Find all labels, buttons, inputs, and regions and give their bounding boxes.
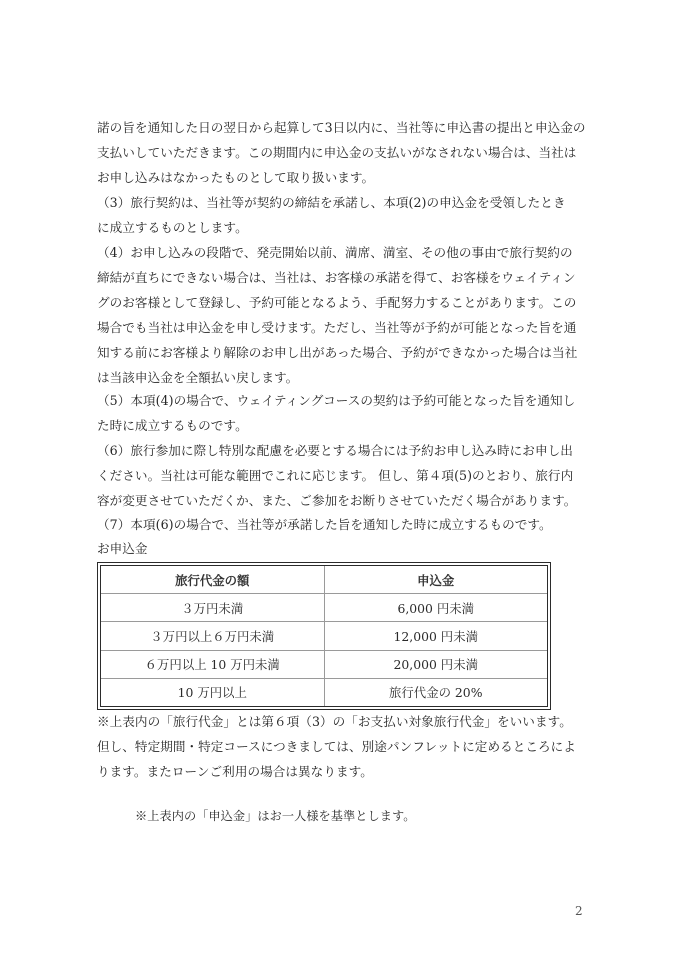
- document-page: 諾の旨を通知した日の翌日から起算して3日以内に、当社等に申込書の提出と申込金の …: [0, 0, 680, 962]
- paragraph-2-cont-line-1: 諾の旨を通知した日の翌日から起算して3日以内に、当社等に申込書の提出と申込金の: [97, 120, 586, 136]
- cell-application-fee: 6,000 円未満: [324, 594, 547, 622]
- paragraph-2-cont-line-2: 支払いしていただきます。この期間内に申込金の支払いがなされない場合は、当社は: [97, 145, 576, 161]
- table-row: ６万円以上 10 万円未満 20,000 円未満: [101, 650, 547, 678]
- table-caption: お申込金: [97, 541, 148, 557]
- note-line-1: ※上表内の「旅行代金」とは第６項（3）の「お支払い対象旅行代金」をいいます。: [97, 714, 572, 730]
- application-fee-table: 旅行代金の額 申込金 ３万円未満 6,000 円未満 ３万円以上６万円未満 12…: [97, 562, 551, 710]
- table-row: ３万円未満 6,000 円未満: [101, 594, 547, 622]
- clause-4-line-2: 締結が直ちにできない場合は、当社は、お客様の承諾を得て、お客様をウェイティン: [97, 270, 576, 286]
- cell-application-fee: 20,000 円未満: [324, 650, 547, 678]
- table-header-row: 旅行代金の額 申込金: [101, 566, 547, 594]
- table-row: 10 万円以上 旅行代金の 20%: [101, 678, 547, 706]
- clause-4-line-6: は当該申込金を全額払い戻します。: [97, 370, 298, 386]
- header-travel-price: 旅行代金の額: [101, 566, 324, 594]
- clause-7-line-1: （7）本項(6)の場合で、当社等が承諾した旨を通知した時に成立するものです。: [97, 517, 552, 533]
- clause-4-line-5: 知する前にお客様より解除のお申し出があった場合、予約ができなかった場合は当社: [97, 345, 577, 361]
- clause-5-line-1: （5）本項(4)の場合で、ウェイティングコースの契約は予約可能となった旨を通知し: [97, 393, 575, 409]
- clause-3-line-2: に成立するものとします。: [97, 220, 248, 236]
- note-line-2: 但し、特定期間・特定コースにつきましては、別途パンフレットに定めるところによ: [97, 739, 576, 755]
- clause-6-line-2: ください。当社は可能な範囲でこれに応じます。 但し、第４項(5)のとおり、旅行内: [97, 468, 573, 484]
- cell-travel-price: 10 万円以上: [101, 678, 324, 706]
- header-application-fee: 申込金: [324, 566, 547, 594]
- cell-application-fee: 12,000 円未満: [324, 622, 547, 650]
- clause-4-line-3: グのお客様として登録し、予約可能となるよう、手配努力することがあります。この: [97, 295, 576, 311]
- footnote: ※上表内の「申込金」はお一人様を基準とします。: [135, 808, 416, 824]
- clause-5-line-2: た時に成立するものです。: [97, 418, 248, 434]
- note-line-3: ります。またローンご利用の場合は異なります。: [97, 764, 373, 780]
- cell-application-fee: 旅行代金の 20%: [324, 678, 547, 706]
- clause-6-line-3: 容が変更させていただくか、また、ご参加をお断りさせていただく場合があります。: [97, 493, 576, 509]
- clause-4-line-4: 場合でも当社は申込金を申し受けます。ただし、当社等が予約が可能となった旨を通: [97, 320, 576, 336]
- clause-6-line-1: （6）旅行参加に際し特別な配慮を必要とする場合には予約お申し込み時にお申し出: [97, 443, 573, 459]
- cell-travel-price: ３万円以上６万円未満: [101, 622, 324, 650]
- clause-4-line-1: （4）お申し込みの段階で、発売開始以前、満席、満室、その他の事由で旅行契約の: [97, 245, 573, 261]
- cell-travel-price: ６万円以上 10 万円未満: [101, 650, 324, 678]
- clause-3-line-1: （3）旅行契約は、当社等が契約の締結を承諾し、本項(2)の申込金を受領したとき: [97, 195, 566, 211]
- table-row: ３万円以上６万円未満 12,000 円未満: [101, 622, 547, 650]
- page-number: 2: [575, 904, 583, 918]
- cell-travel-price: ３万円未満: [101, 594, 324, 622]
- paragraph-2-cont-line-3: お申し込みはなかったものとして取り扱います。: [97, 170, 374, 186]
- fee-table-grid: 旅行代金の額 申込金 ３万円未満 6,000 円未満 ３万円以上６万円未満 12…: [101, 566, 547, 706]
